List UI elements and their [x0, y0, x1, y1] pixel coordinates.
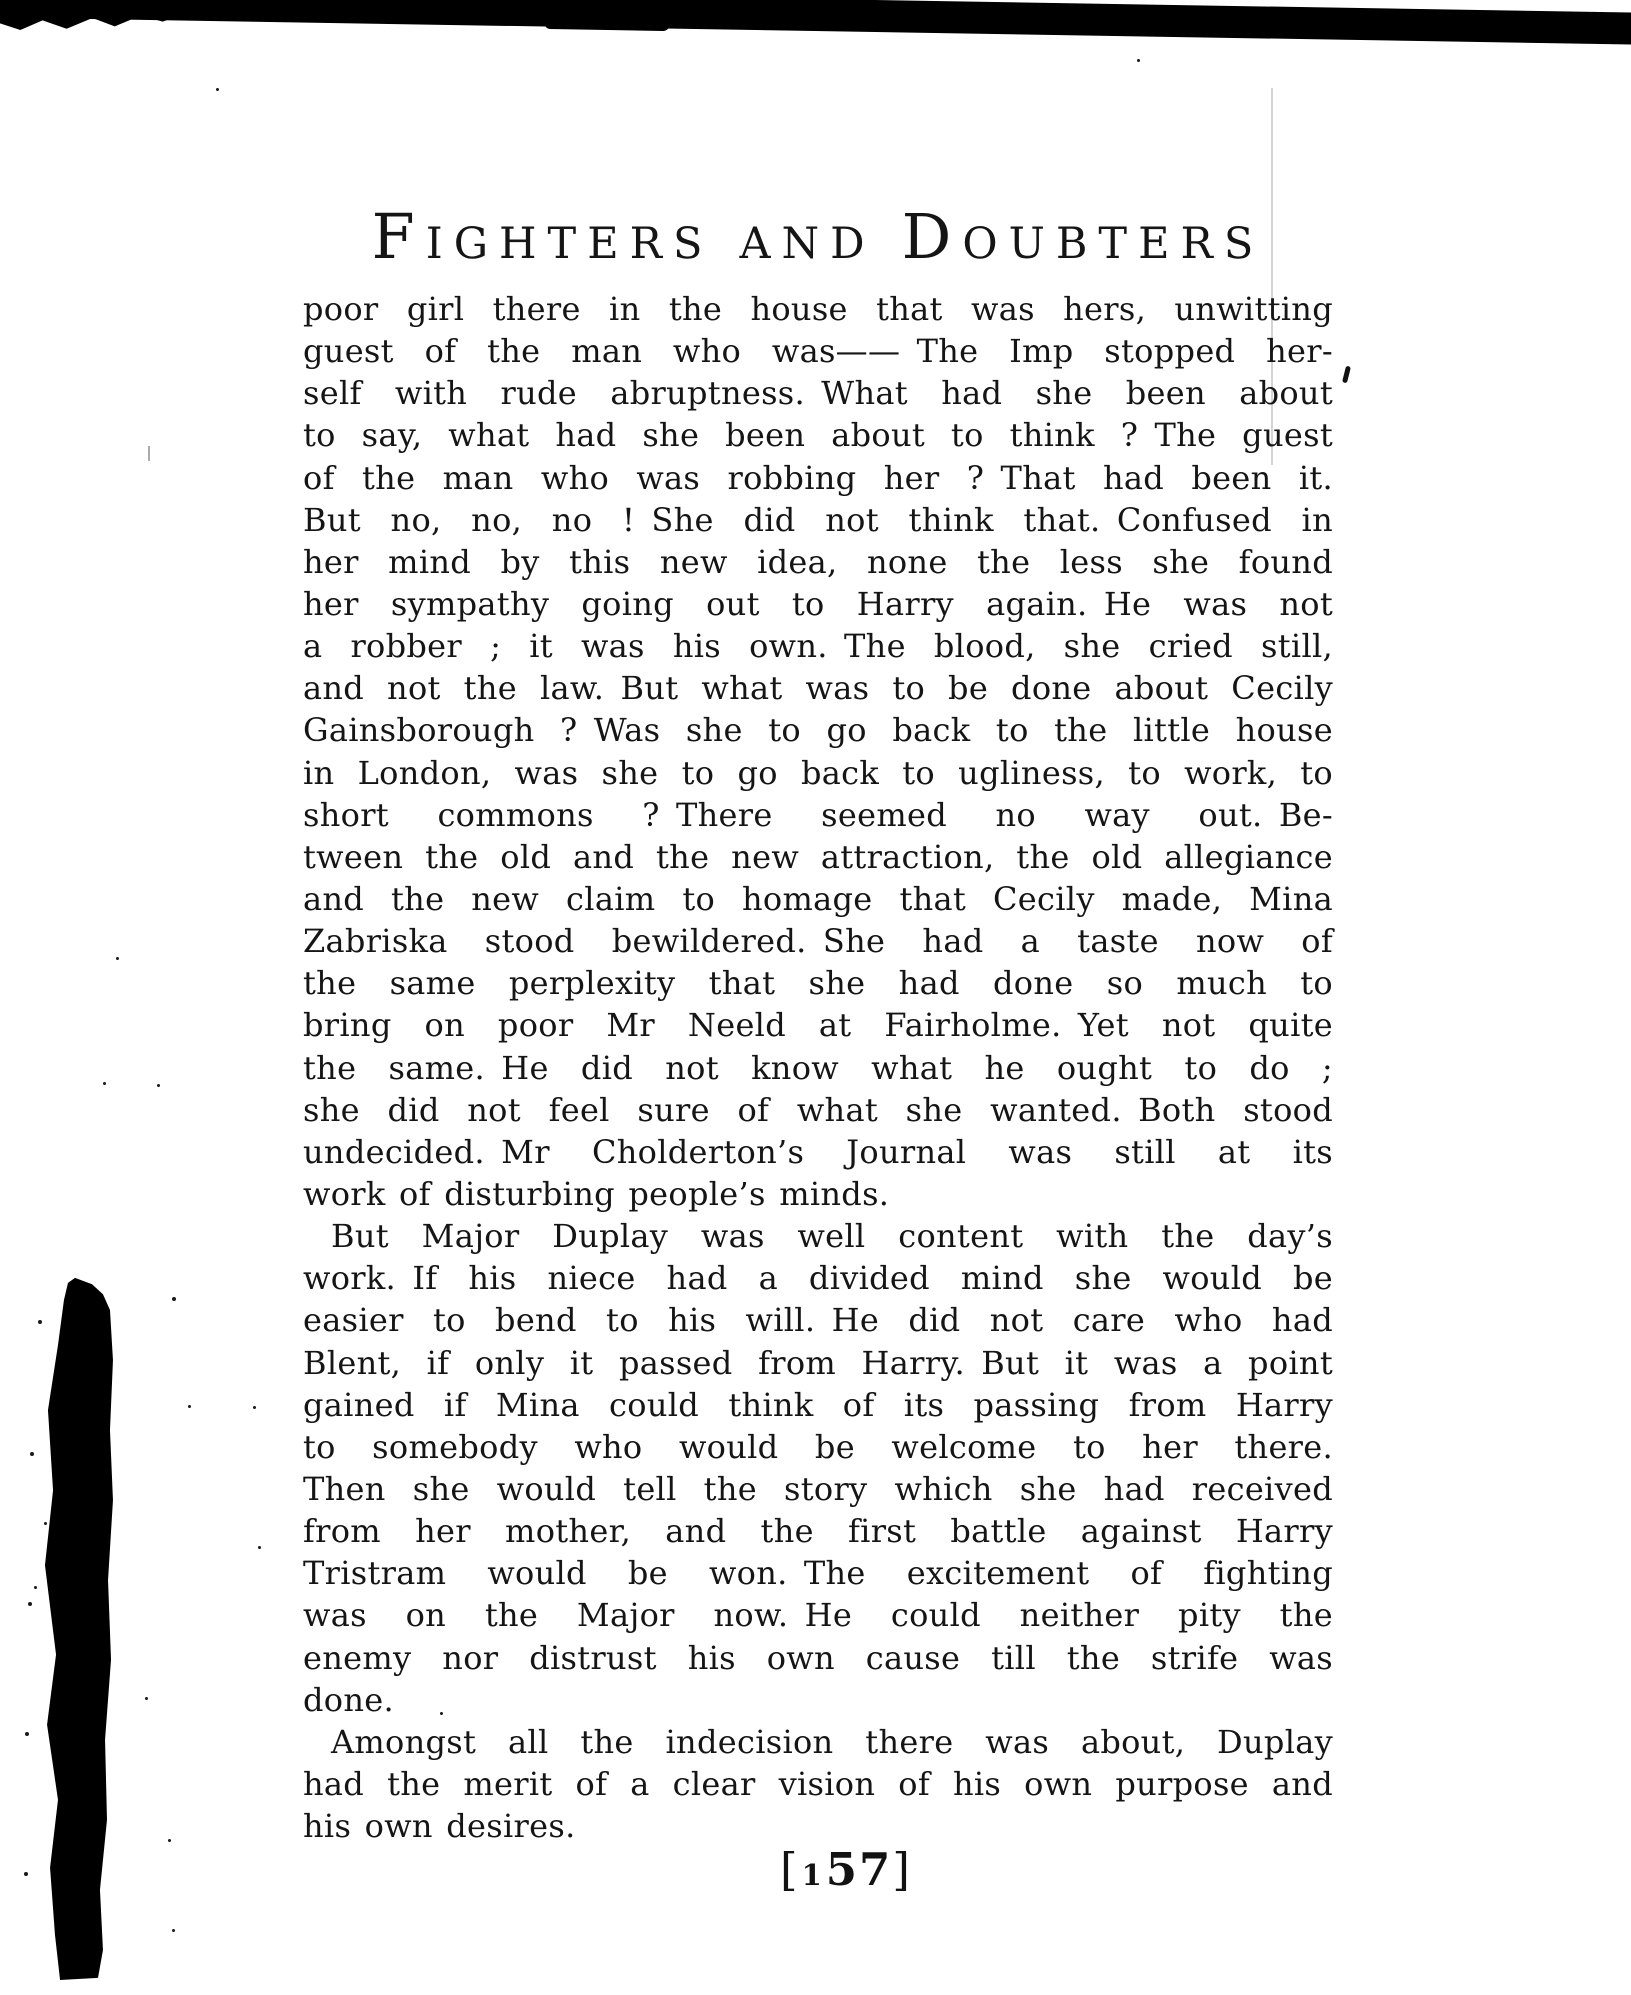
- text-line: work of disturbing people’s minds.: [303, 1173, 1333, 1215]
- text-line: her sympathy going out to Harry again. H…: [303, 583, 1333, 625]
- text-line: undecided. Mr Cholderton’s Journal was s…: [303, 1131, 1333, 1173]
- text-line: done.: [303, 1679, 1333, 1721]
- ink-speck: [116, 957, 119, 960]
- scan-artifact-ink-tick: [1342, 366, 1351, 384]
- ink-speck: [34, 1586, 37, 1589]
- ink-speck: [38, 1320, 42, 1324]
- scan-artifact-gutter-blob: [0, 1270, 130, 1985]
- text-line: work. If his niece had a divided mind sh…: [303, 1257, 1333, 1299]
- text-line: Amongst all the indecision there was abo…: [303, 1721, 1333, 1763]
- ink-speck: [253, 1406, 256, 1409]
- scan-artifact-top-band: [0, 0, 1631, 46]
- ink-speck: [188, 1405, 191, 1408]
- text-line: a robber ; it was his own. The blood, sh…: [303, 625, 1333, 667]
- ink-speck: [172, 1929, 175, 1932]
- title-word1-initial: F: [372, 200, 426, 273]
- ink-speck: [157, 1084, 160, 1087]
- ink-speck: [28, 1602, 32, 1606]
- text-line: her mind by this new idea, none the less…: [303, 541, 1333, 583]
- scanned-book-page: FIGHTERS AND DOUBTERS poor girl there in…: [0, 0, 1631, 1995]
- ink-speck: [216, 88, 219, 91]
- page-number-bracket-close: ]: [892, 1843, 912, 1896]
- text-line: self with rude abruptness. What had she …: [303, 372, 1333, 414]
- scan-artifact-top-bulge: [545, 13, 670, 31]
- text-line: she did not feel sure of what she wanted…: [303, 1089, 1333, 1131]
- paragraph: But Major Duplay was well content with t…: [303, 1215, 1333, 1721]
- scan-artifact-top-clump: [0, 0, 185, 30]
- text-line: tween the old and the new attraction, th…: [303, 836, 1333, 878]
- text-line: of the man who was robbing her ? That ha…: [303, 457, 1333, 499]
- ink-speck: [24, 1872, 28, 1876]
- text-line: Gainsborough ? Was she to go back to the…: [303, 709, 1333, 751]
- page-number-digits: 57: [826, 1843, 893, 1896]
- text-line: had the merit of a clear vision of his o…: [303, 1763, 1333, 1805]
- text-line: was on the Major now. He could neither p…: [303, 1594, 1333, 1636]
- text-line: bring on poor Mr Neeld at Fairholme. Yet…: [303, 1004, 1333, 1046]
- paragraph: Amongst all the indecision there was abo…: [303, 1721, 1333, 1847]
- page-number-digit-one: 1: [800, 1858, 826, 1892]
- paragraph: poor girl there in the house that was he…: [303, 288, 1333, 1215]
- title-word3-rest: OUBTERS: [962, 219, 1264, 269]
- text-line: Tristram would be won. The excitement of…: [303, 1552, 1333, 1594]
- text-line: enemy nor distrust his own cause till th…: [303, 1637, 1333, 1679]
- title-word1-rest: IGHTERS: [426, 219, 714, 269]
- text-line: the same. He did not know what he ought …: [303, 1047, 1333, 1089]
- ink-speck: [145, 1697, 148, 1700]
- text-line: and the new claim to homage that Cecily …: [303, 878, 1333, 920]
- ink-speck: [1137, 59, 1140, 62]
- text-line: the same perplexity that she had done so…: [303, 962, 1333, 1004]
- page-number: [157]: [780, 1843, 912, 1896]
- title-word3-initial: D: [902, 200, 963, 273]
- scan-artifact-margin-tick: [148, 446, 150, 461]
- ink-speck: [103, 1082, 106, 1085]
- ink-speck: [30, 1452, 34, 1456]
- text-line: But no, no, no ! She did not think that.…: [303, 499, 1333, 541]
- text-line: to say, what had she been about to think…: [303, 414, 1333, 456]
- title-word2: AND: [739, 219, 875, 269]
- text-line: Blent, if only it passed from Harry. But…: [303, 1342, 1333, 1384]
- page-number-bracket-open: [: [780, 1843, 800, 1896]
- text-line: guest of the man who was—— The Imp stopp…: [303, 330, 1333, 372]
- body-text: poor girl there in the house that was he…: [303, 288, 1333, 1847]
- text-line: short commons ? There seemed no way out.…: [303, 794, 1333, 836]
- text-line: Zabriska stood bewildered. She had a tas…: [303, 920, 1333, 962]
- text-line: Then she would tell the story which she …: [303, 1468, 1333, 1510]
- text-line: and not the law. But what was to be done…: [303, 667, 1333, 709]
- ink-speck: [44, 1522, 47, 1525]
- page-title: FIGHTERS AND DOUBTERS: [303, 200, 1333, 273]
- ink-speck: [172, 1297, 176, 1301]
- text-line: his own desires.: [303, 1805, 1333, 1847]
- text-line: But Major Duplay was well content with t…: [303, 1215, 1333, 1257]
- text-line: in London, was she to go back to uglines…: [303, 752, 1333, 794]
- text-line: from her mother, and the first battle ag…: [303, 1510, 1333, 1552]
- ink-speck: [168, 1839, 171, 1842]
- text-line: gained if Mina could think of its passin…: [303, 1384, 1333, 1426]
- text-line: to somebody who would be welcome to her …: [303, 1426, 1333, 1468]
- text-line: easier to bend to his will. He did not c…: [303, 1299, 1333, 1341]
- ink-speck: [25, 1732, 29, 1736]
- ink-speck: [258, 1546, 261, 1549]
- text-line: poor girl there in the house that was he…: [303, 288, 1333, 330]
